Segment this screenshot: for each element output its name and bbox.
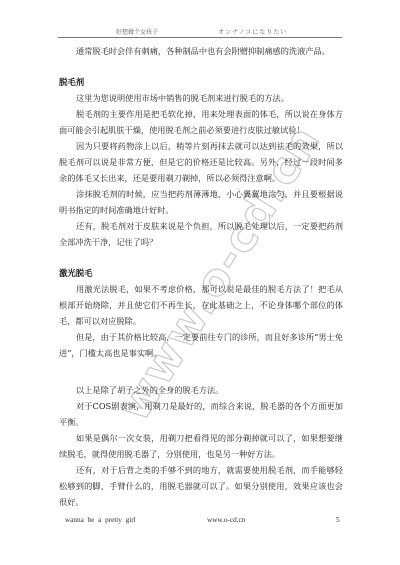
header-divider [58,37,342,38]
paragraph: 脱毛剂的主要作用是把毛软化掉，用来处理表面的体毛，所以说在身体方面可能会引起肌肤… [59,106,343,138]
paragraph: 用激光法脱毛，如果不考虑价格，那可以说是最佳的脱毛方法了！把毛从根部开始烧除，并… [59,281,343,329]
paragraph: 这里为您说明使用市场中销售的脱毛剂来进行脱毛的方法。 [59,90,343,106]
paragraph: 涂抹脱毛剂的时候，应当把药剂薄薄地、小心翼翼地涂匀，并且要根据说明书指定的时间准… [59,186,343,218]
header-title-chinese: 好想做个女孩子 [116,27,158,36]
running-footer: wanna be a pretty girl www.o-cd.cn 5 [0,516,400,528]
paragraph: 还有，对于后背之类的手够不到的地方，就需要使用脱毛剂，而手能够轻松够到的脚、手臂… [59,462,343,510]
document-page: 好想做个女孩子 オンナノコになりたい www.o-cd.cn 通常脱毛时会伴有刺… [0,0,400,565]
header-title-japanese: オンナノコになりたい [218,27,287,36]
footer-website: www.o-cd.cn [207,516,245,524]
paragraph: 对于COS剧表演，用剃刀是最好的，而综合来说，脱毛器的各个方面更加平衡。 [59,398,343,430]
paragraph: 因为只要将药物涂上以后，稍等片刻再抹去就可以达到祛毛的效果，所以脱毛剂可以说是非… [59,138,343,186]
paragraph: 但是，由于其价格比较高，一定要前往专门的诊所，而且好多诊所“男士免进”，门槛太高… [59,329,343,361]
footer-tagline: wanna be a pretty girl [65,516,136,524]
section-heading-depilatory-cream: 脱毛剂 [59,74,343,90]
page-number: 5 [336,516,340,524]
paragraph: 还有，脱毛剂对于皮肤来说是个负担，所以脱毛处理以后，一定要把药剂全部冲洗干净，记… [59,218,343,250]
intro-paragraph: 通常脱毛时会伴有刺痛，各种制品中也有会附赠抑制痛感的洗液产品。 [59,43,343,59]
running-header: 好想做个女孩子 オンナノコになりたい [0,27,400,37]
summary-lead: 以上是除了胡子之外的全身的脱毛方法。 [59,382,343,398]
document-body: 通常脱毛时会伴有刺痛，各种制品中也有会附赠抑制痛感的洗液产品。 脱毛剂 这里为您… [59,43,343,510]
section-heading-laser-hair-removal: 激光脱毛 [59,265,343,281]
paragraph: 如果是偶尔一次女装，用剃刀把看得见的部分剃掉就可以了，如果想要继续脱毛，就得使用… [59,430,343,462]
